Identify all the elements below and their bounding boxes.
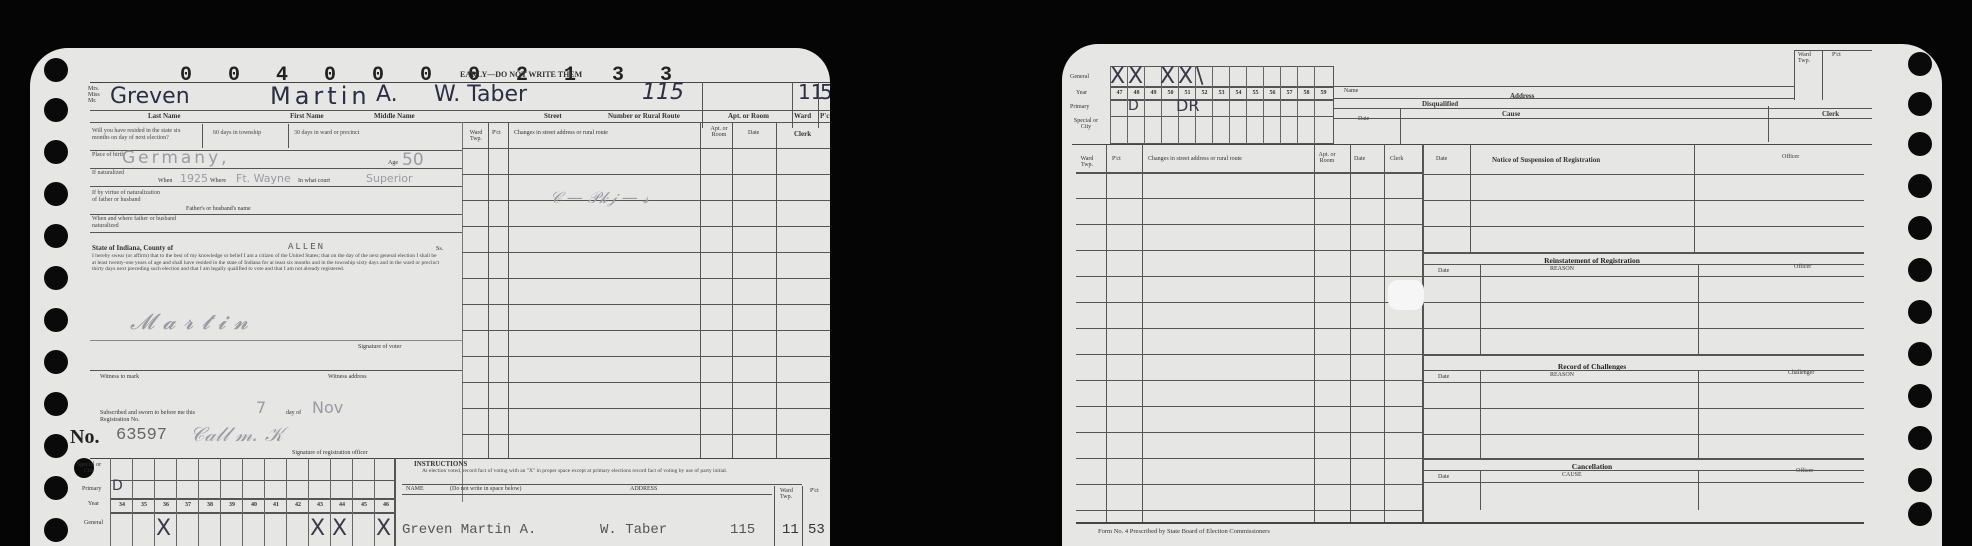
label-subscribed: Subscribed and sworn to before me this (100, 410, 195, 416)
col-pct: P'ct (492, 130, 501, 136)
label-where: Where (210, 178, 226, 184)
punch-hole (1908, 216, 1932, 240)
suspension-officer-label: Officer (1782, 154, 1799, 160)
label-witness-address: Witness address (328, 374, 367, 380)
row-special-city: Special or City (1072, 118, 1100, 130)
typed-name: Greven Martin A. (402, 522, 536, 538)
label-naturalized: If naturalized (92, 170, 132, 177)
col-apt: Apt. or Room (1316, 152, 1338, 164)
label-court: In what court (298, 178, 330, 184)
salutation: Mrs. Miss Mr. (88, 86, 106, 104)
officer-signature: 𝒞𝒶𝓁𝓁 𝓂. 𝒦 (190, 422, 283, 446)
punch-hole (44, 140, 68, 164)
street: W. Taber (434, 82, 527, 107)
label-apt: Apt. or Room (728, 112, 769, 120)
punch-hole (44, 224, 68, 248)
punch-hole (1908, 468, 1932, 492)
challenges-reason-label: REASON (1550, 372, 1574, 378)
punch-hole (1908, 384, 1932, 408)
naturalized-where: Ft. Wayne (236, 172, 291, 185)
label-officer-signature: Signature of registration officer (292, 450, 368, 456)
subscribed-day: 7 (256, 398, 266, 417)
label-bottom-pct: P'ct (810, 488, 819, 494)
col-clerk: Clerk (1390, 156, 1403, 162)
q-state-residence: Will you have resided in the state six m… (92, 128, 182, 142)
punch-hole (44, 392, 68, 416)
oath-state: State of Indiana, County of (92, 244, 173, 252)
registration-number: 63597 (116, 426, 167, 445)
punch-hole (1908, 502, 1932, 526)
label-bottom-name: NAME (406, 486, 424, 492)
back-vote-grid: 47 48 49 50 51 52 53 54 55 56 57 58 59 X… (1110, 66, 1334, 144)
form-footer: Form No. 4 Prescribed by State Board of … (1098, 528, 1270, 535)
label-bottom-address: ADDRESS (630, 486, 657, 492)
first-name: Martin (270, 82, 371, 110)
col-changes-address: Changes in street address or rural route (514, 130, 608, 136)
typed-pct: 53 (808, 522, 825, 538)
paper-damage (1388, 280, 1424, 310)
instructions-title: INSTRUCTIONS (414, 460, 467, 468)
label-cause: Cause (1502, 110, 1520, 118)
label-witness: Witness to mark (100, 374, 139, 380)
reinstatement-reason-label: REASON (1550, 266, 1574, 272)
label-middle-name: Middle Name (374, 112, 415, 120)
precinct: 53 (820, 80, 830, 104)
row-primary: Primary (82, 486, 101, 492)
label-pct: P'ct (820, 112, 830, 120)
punch-hole (1908, 342, 1932, 366)
label-street: Street (544, 112, 562, 120)
registration-card-back: General Year Primary Special or City 47 … (1062, 44, 1942, 546)
reinstatement-date-label: Date (1438, 268, 1449, 274)
label-registration-no: Registration No. (100, 417, 140, 423)
col-ward-twp: Ward Twp. (1076, 156, 1098, 168)
label-father-naturalization: If by virtue of naturalization of father… (92, 190, 162, 204)
label-first-name: First Name (290, 112, 324, 120)
label-signature-voter: Signature of voter (358, 344, 401, 350)
cancellation-officer-label: Officer (1796, 468, 1813, 474)
label-number: Number or Rural Route (608, 112, 680, 120)
address-change-note: 𝒞 — 𝒫𝓀𝒿 — 𝓈 (550, 188, 649, 208)
label-day-of: day of (286, 410, 301, 416)
county: ALLEN (288, 242, 325, 252)
label-father-name: Father's or husband's name (186, 206, 251, 212)
cancellation-date-label: Date (1438, 474, 1449, 480)
col-changes-address: Changes in street address or rural route (1148, 156, 1242, 162)
punch-hole (1908, 132, 1932, 156)
challenges-date-label: Date (1438, 374, 1449, 380)
punch-hole (1908, 52, 1932, 76)
row-general: General (84, 520, 103, 526)
row-general: General (1070, 74, 1089, 80)
no-prefix: No. (70, 426, 99, 449)
cancellation-cause-label: CAUSE (1562, 472, 1582, 478)
registration-card-front: 0 0 4 0 0 0 0 2 1 3 3 EARLY—DO NOT WRITE… (30, 48, 830, 546)
punch-hole (44, 308, 68, 332)
col-date: Date (748, 130, 759, 136)
suspension-date-label: Date (1436, 156, 1447, 162)
oath-ss: Ss. (436, 246, 443, 252)
punch-hole (44, 350, 68, 374)
punch-hole (44, 266, 68, 290)
col-apt: Apt. or Room (706, 126, 732, 138)
age: 50 (402, 150, 424, 170)
label-ward: Ward (794, 112, 811, 120)
oath-text: I hereby swear (or affirm) that to the b… (92, 253, 440, 273)
serial-number: 0 0 4 0 0 0 0 2 1 3 3 (180, 64, 684, 87)
punch-hole (44, 476, 68, 500)
front-vote-grid: 34 35 36 37 38 39 40 41 42 43 44 45 46 D… (110, 458, 396, 546)
instructions-text: At election voted, record fact of voting… (422, 468, 822, 474)
row-special-city: Special or City (74, 462, 104, 474)
punch-hole (44, 434, 68, 458)
typed-number: 115 (730, 522, 755, 538)
col-ward-twp: Ward Twp. (466, 130, 486, 142)
label-pct-top: P'ct (1832, 52, 1841, 58)
label-last-name: Last Name (148, 112, 180, 120)
label-name: Name (1344, 88, 1358, 94)
naturalized-court: Superior (366, 172, 413, 185)
row-year: Year (88, 501, 99, 507)
q-ward: 30 days in ward or precinct (294, 130, 374, 137)
voter-signature: 𝓜𝓪𝓻𝓽𝓲𝓷 (130, 310, 256, 335)
label-when: When (158, 178, 172, 184)
label-age: Age (388, 160, 398, 166)
place-of-birth: Germany, (122, 148, 230, 168)
label-ward-top: Ward Twp. (1798, 52, 1818, 64)
punch-hole (44, 58, 68, 82)
col-pct: P'ct (1112, 156, 1121, 162)
typed-ward: 11 (782, 522, 799, 538)
punch-hole (44, 98, 68, 122)
row-year: Year (1076, 90, 1087, 96)
q-township: 60 days in township (213, 130, 273, 137)
label-clerk: Clerk (1822, 110, 1839, 118)
punch-hole (1908, 92, 1932, 116)
col-clerk: Clerk (794, 130, 811, 138)
label-do-not-write: (Do not write in space below) (450, 486, 521, 492)
punch-hole (1908, 426, 1932, 450)
typed-street: W. Taber (600, 522, 667, 538)
label-date: Date (1358, 116, 1369, 122)
punch-hole (44, 518, 68, 542)
subscribed-month: Nov (312, 398, 343, 417)
label-disqualified: Disqualified (1422, 100, 1458, 108)
suspension-title: Notice of Suspension of Registration (1492, 156, 1600, 164)
punch-hole (44, 182, 68, 206)
punch-hole (1908, 300, 1932, 324)
header-notice: EARLY—DO NOT WRITE THEM (460, 70, 582, 79)
label-bottom-ward: Ward Twp. (780, 488, 798, 500)
house-number: 115 (642, 80, 684, 105)
punch-hole (1908, 174, 1932, 198)
middle-name: A. (376, 82, 398, 107)
naturalized-when: 1925 (180, 172, 208, 185)
label-father-when: When and where father or husband natural… (92, 216, 182, 230)
row-primary: Primary (1070, 104, 1089, 110)
punch-hole (1908, 258, 1932, 282)
col-date: Date (1354, 156, 1365, 162)
last-name: Greven (110, 84, 190, 109)
